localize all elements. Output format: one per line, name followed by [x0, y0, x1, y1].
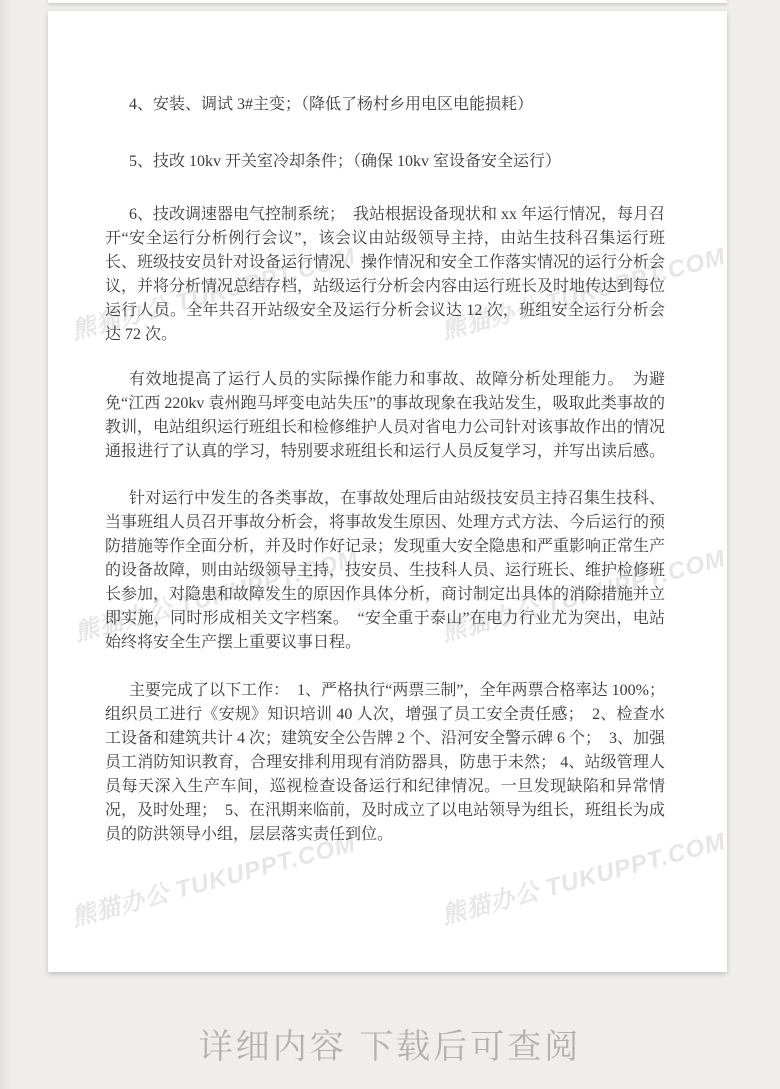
previous-page-edge: [48, 0, 727, 3]
document-page: 熊猫办公 TUKUPPT.COM 熊猫办公 TUKUPPT.COM 熊猫办公 T…: [48, 11, 727, 972]
doc-paragraph: 有效地提高了运行人员的实际操作能力和事故、故障分析处理能力。 为避免“江西 22…: [105, 368, 665, 464]
download-hint-text: 详细内容 下载后可查阅: [199, 1019, 581, 1068]
doc-paragraph: 主要完成了以下工作： 1、严格执行“两票三制”，全年两票合格率达 100%；组织…: [105, 679, 665, 847]
doc-paragraph: 针对运行中发生的各类事故，在事故处理后由站级技安员主持召集生技科、当事班组人员召…: [105, 487, 665, 655]
viewport-left-shade: [0, 0, 12, 1089]
doc-paragraph: 6、技改调速器电气控制系统； 我站根据设备现状和 xx 年运行情况，每月召开“安…: [105, 203, 665, 347]
doc-paragraph: 4、安装、调试 3#主变；（降低了杨村乡用电区电能损耗）: [105, 93, 665, 117]
document-content: 4、安装、调试 3#主变；（降低了杨村乡用电区电能损耗） 5、技改 10kv 开…: [48, 11, 727, 847]
footer-bar: 详细内容 下载后可查阅: [0, 998, 780, 1089]
doc-paragraph: 5、技改 10kv 开关室冷却条件；（确保 10kv 室设备安全运行）: [105, 150, 665, 174]
